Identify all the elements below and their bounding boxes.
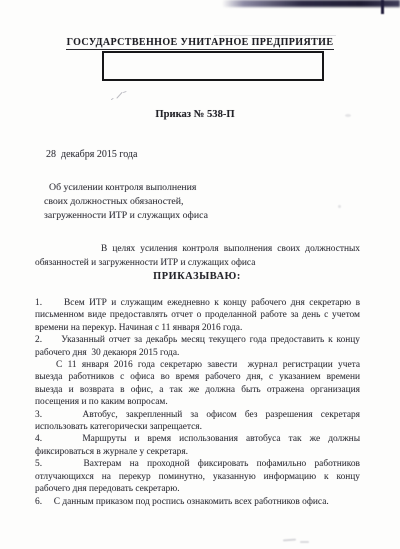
order-item-line: 6. С данным приказом под роспись ознаком… bbox=[35, 496, 360, 508]
preamble-line: обязанностей и загруженности ИТР и служа… bbox=[35, 257, 360, 271]
scan-smudge bbox=[338, 205, 341, 208]
order-item-line: использовать категорически запрещается. bbox=[35, 421, 360, 433]
order-item-line: 2. Указанный отчет за декабрь месяц теку… bbox=[35, 334, 360, 346]
scan-edge-smear bbox=[222, 0, 400, 7]
resolution-heading: ПРИКАЗЫВАЮ: bbox=[0, 271, 394, 282]
order-item-line: 4. Маршруты и время использования автобу… bbox=[35, 433, 360, 445]
scan-smudge bbox=[300, 541, 309, 543]
order-item-line: выезда работников с офиса во время рабоч… bbox=[35, 371, 360, 383]
order-item-line: 5. Вахтерам на проходной фиксировать поф… bbox=[35, 458, 360, 470]
order-item-line: выезда и возврата в офис, а так же должн… bbox=[35, 384, 360, 396]
order-item-line: письменном виде предоставлять отчет о пр… bbox=[35, 309, 360, 321]
order-item-line: рабочего дня передовать секретарю. bbox=[35, 483, 360, 495]
order-item-line: времени на перекур. Начиная с 11 января … bbox=[35, 322, 360, 334]
scanned-order-document: ГОСУДАРСТВЕННОЕ УНИТАРНОЕ ПРЕДПРИЯТИЕ Пр… bbox=[0, 0, 400, 549]
order-item-line: 1. Всем ИТР и служащим ежедневно к концу… bbox=[35, 297, 360, 309]
order-item-line: С 11 января 2016 года секретарю завести … bbox=[35, 359, 360, 371]
order-items: 1. Всем ИТР и служащим ежедневно к концу… bbox=[35, 297, 360, 508]
pencil-mark bbox=[109, 89, 129, 102]
order-item-line: посещения и по каким вопросам. bbox=[35, 396, 360, 408]
order-preamble: В целях усиления контроля выполнения сво… bbox=[35, 243, 360, 270]
letterhead-title-text: ГОСУДАРСТВЕННОЕ УНИТАРНОЕ ПРЕДПРИЯТИЕ bbox=[66, 37, 335, 50]
scan-smudge bbox=[283, 539, 296, 542]
order-subject: Об усилении контроля выполнениясвоих дол… bbox=[44, 181, 208, 223]
order-item-line: 3. Автобус, закрепленный за офисом без р… bbox=[35, 409, 360, 421]
scan-faint-line bbox=[214, 35, 336, 36]
order-item-line: рабочего дня 30 декаюря 2015 года. bbox=[35, 347, 360, 359]
order-item-line: фиксироваться в журнале у секретаря. bbox=[35, 446, 360, 458]
letterhead-title: ГОСУДАРСТВЕННОЕ УНИТАРНОЕ ПРЕДПРИЯТИЕ bbox=[0, 37, 400, 48]
scan-smudge bbox=[345, 114, 351, 117]
redaction-box bbox=[102, 51, 324, 81]
order-title: Приказ № 538-П bbox=[0, 109, 390, 120]
order-date: 28 декабря 2015 года bbox=[46, 149, 137, 160]
subject-line: своих должностных обязаностей, bbox=[44, 195, 208, 209]
preamble-line: В целях усиления контроля выполнения сво… bbox=[35, 243, 360, 257]
scan-edge-tick bbox=[381, 0, 384, 14]
subject-line: Об усилении контроля выполнения bbox=[44, 181, 208, 195]
subject-line: загруженности ИТР и служащих офиса bbox=[44, 209, 208, 223]
order-item-line: отлучающихся на перекур поминутно, указа… bbox=[35, 471, 360, 483]
